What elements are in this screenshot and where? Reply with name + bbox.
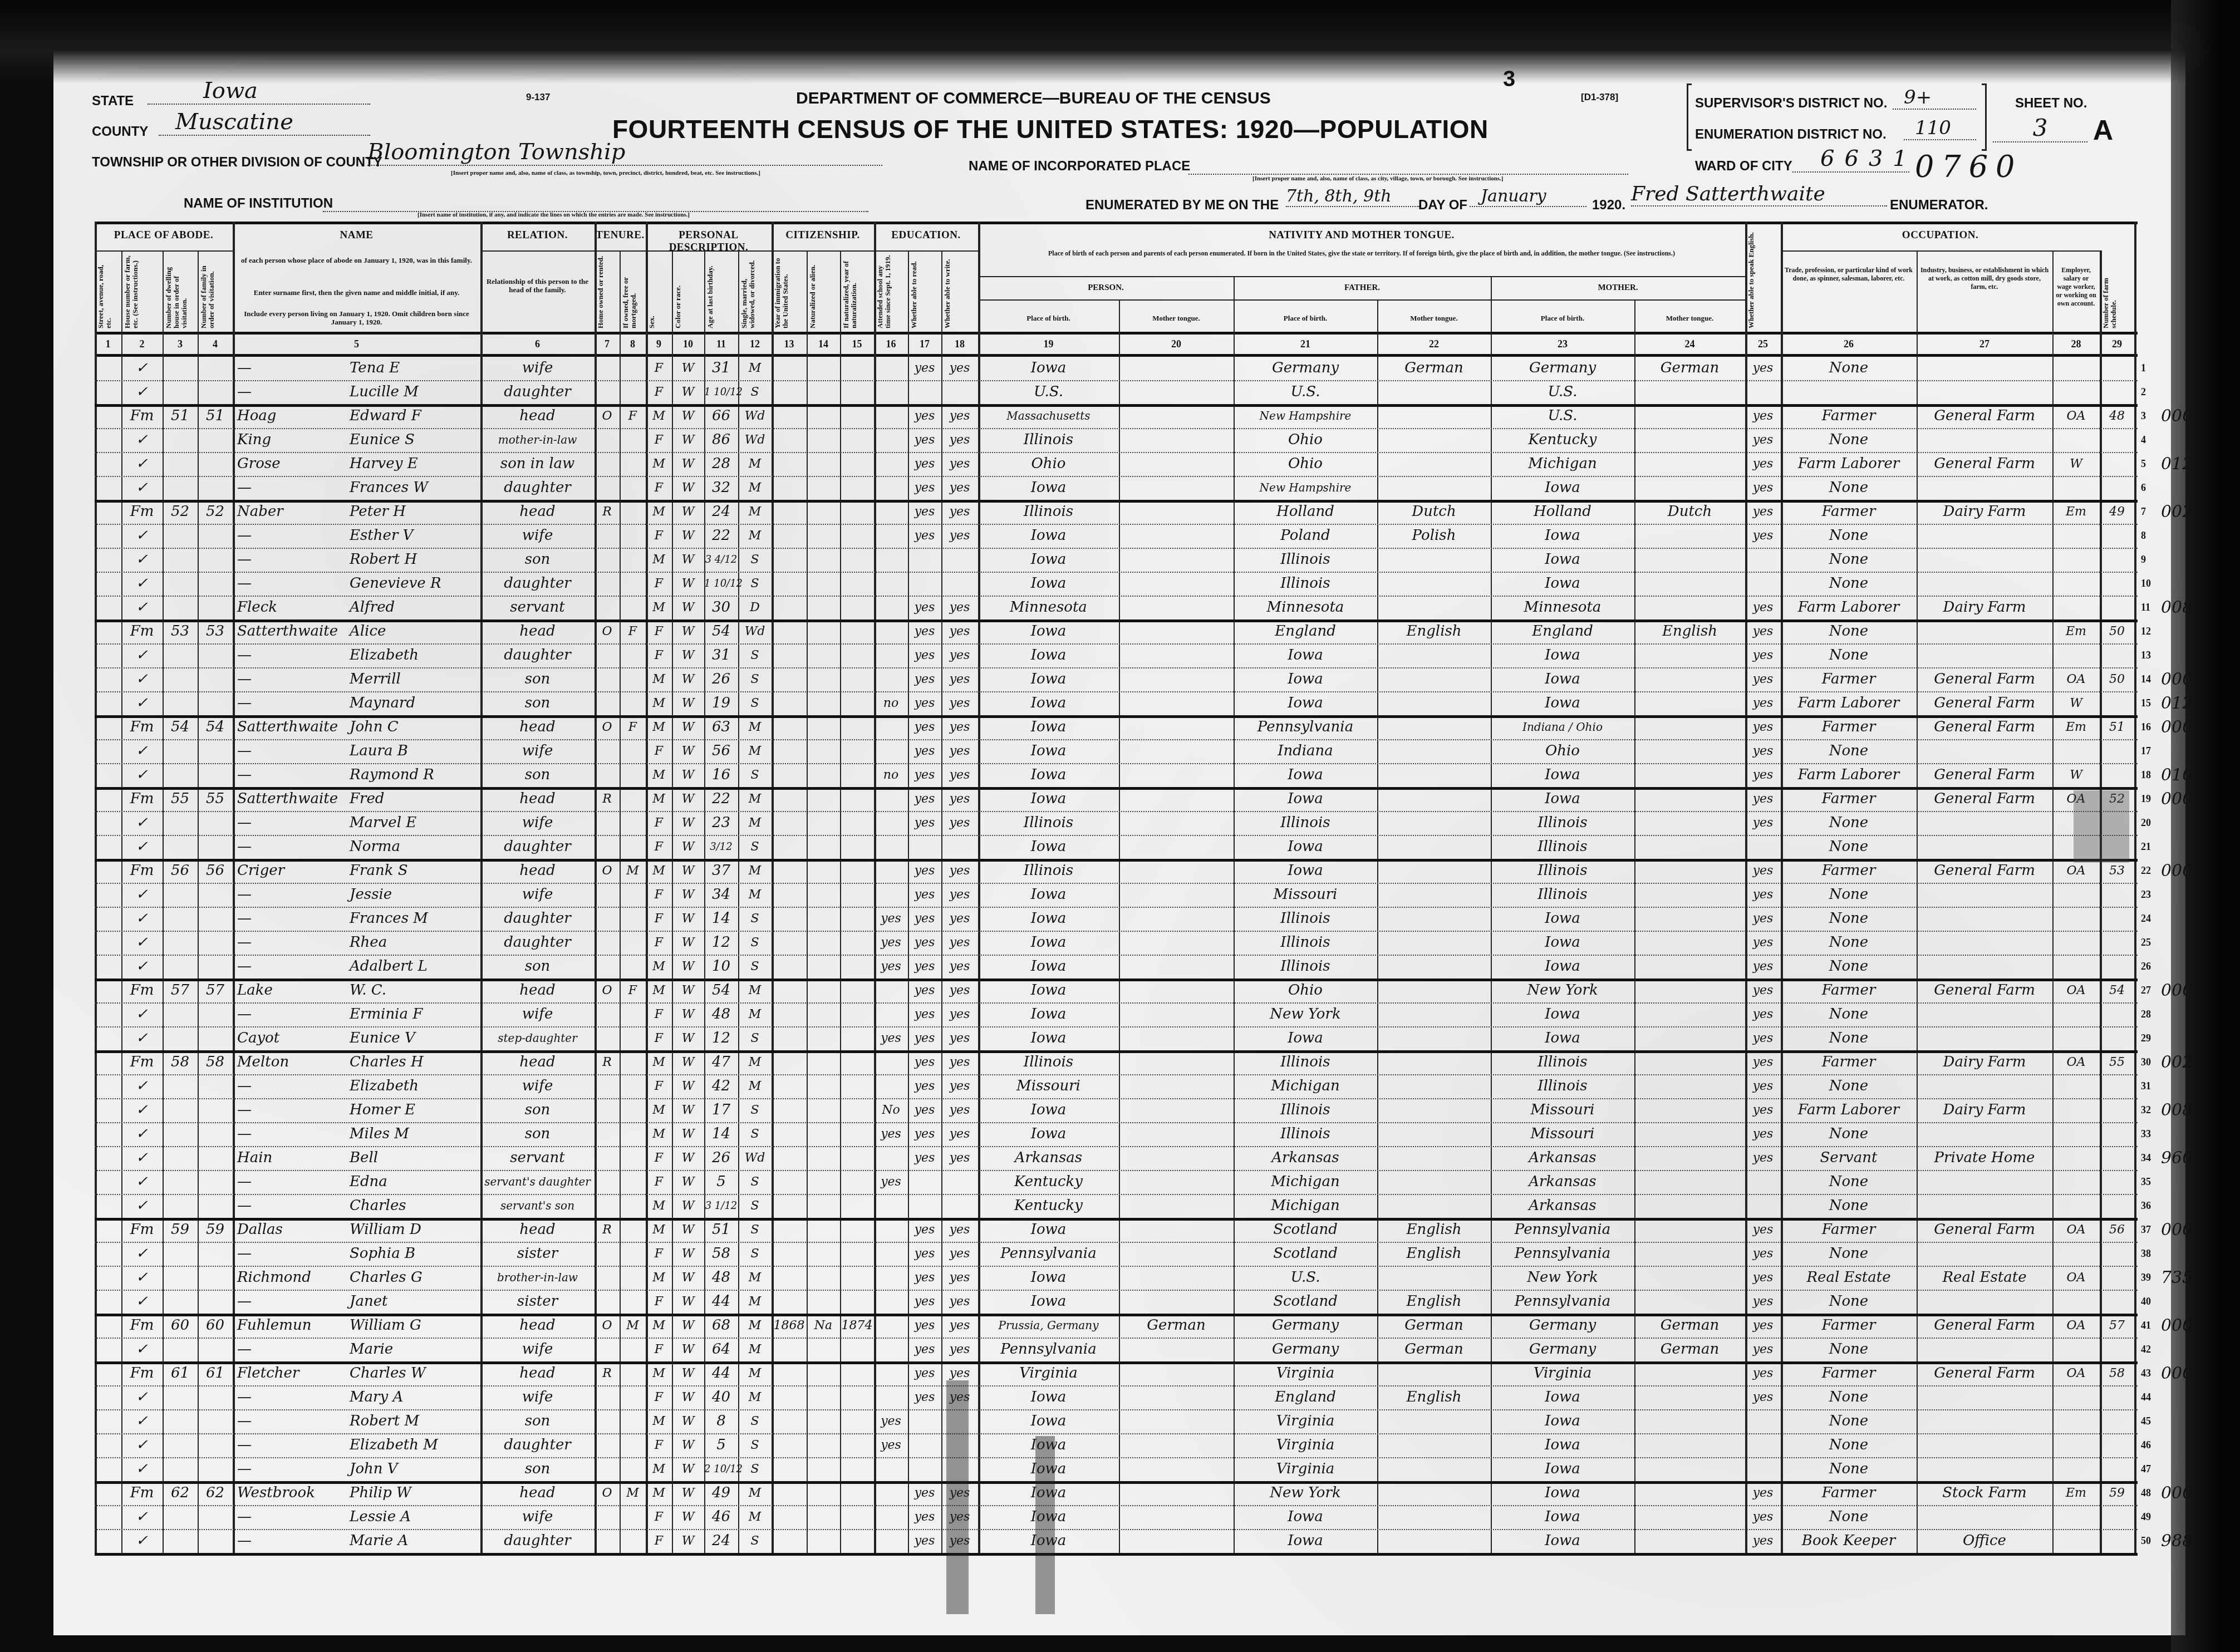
- cell-eng: yes: [1745, 883, 1781, 907]
- occupation-code: 000: [2161, 787, 2193, 811]
- cell-emp: [2052, 955, 2100, 979]
- cell-mt: [1119, 548, 1234, 572]
- cell-nat: [807, 1338, 840, 1361]
- column-number: 22: [1377, 338, 1491, 350]
- cell-fmt: [1377, 763, 1491, 787]
- table-row[interactable]: ✓—Lucille MdaughterFW1 10/12SU.S.U.S.U.S…: [95, 380, 2138, 404]
- table-row[interactable]: ✓—JessiewifeFW34MyesyesIowaMissouriIllin…: [95, 883, 2138, 907]
- cell-nat: [807, 596, 840, 619]
- table-row[interactable]: ✓—Miles MsonMW14SyesyesyesIowaIllinoisMi…: [95, 1122, 2138, 1146]
- cell-ms: S: [738, 1170, 772, 1194]
- cell-own: [595, 931, 620, 955]
- cell-occ: None: [1781, 1409, 1917, 1433]
- cell-house: ✓: [121, 1074, 163, 1098]
- table-row[interactable]: ✓—Laura BwifeFW56MyesyesIowaIndianaOhioy…: [95, 739, 2138, 763]
- cell-imm: [772, 1122, 807, 1146]
- cell-mt: [1119, 476, 1234, 500]
- cell-imm: [772, 1361, 807, 1385]
- enumerated-label: ENUMERATED BY ME ON THE: [1085, 198, 1279, 213]
- cell-write: [941, 380, 978, 404]
- table-row[interactable]: Fm6161FletcherCharles WheadRMW44MyesyesV…: [95, 1361, 2138, 1385]
- enumeration-district-field[interactable]: 110: [1904, 117, 1976, 140]
- cell-mort: [620, 1026, 646, 1050]
- cell-rel: head: [480, 619, 595, 643]
- table-row[interactable]: ✓—ElizabethdaughterFW31SyesyesIowaIowaIo…: [95, 643, 2138, 667]
- cell-imm: [772, 643, 807, 667]
- column-number: 6: [480, 338, 595, 350]
- cell-natyr: [840, 1266, 874, 1290]
- cell-rel: daughter: [480, 907, 595, 931]
- cell-ms: S: [738, 548, 772, 572]
- cell-write: yes: [941, 1242, 978, 1266]
- cell-farm: [2100, 643, 2134, 667]
- cell-farm: [2100, 1457, 2134, 1481]
- cell-read: [908, 1170, 941, 1194]
- table-row[interactable]: ✓—MerrillsonMW26SyesyesIowaIowaIowayesFa…: [95, 667, 2138, 691]
- table-row[interactable]: ✓—John VsonMW2 10/12SIowaVirginiaIowaNon…: [95, 1457, 2138, 1481]
- cell-ms: M: [738, 715, 772, 739]
- cell-eng: yes: [1745, 643, 1781, 667]
- column-number: 21: [1234, 338, 1377, 350]
- cell-imm: [772, 380, 807, 404]
- cell-nat: [807, 667, 840, 691]
- header-divider: [95, 332, 2138, 335]
- column-group-header: EDUCATION.: [874, 229, 978, 242]
- table-row[interactable]: Fm5959DallasWilliam DheadRMW51SyesyesIow…: [95, 1218, 2138, 1242]
- table-row[interactable]: ✓—Tena EwifeFW31MyesyesIowaGermanyGerman…: [95, 356, 2138, 380]
- cell-write: yes: [941, 1074, 978, 1098]
- cell-fpob: Illinois: [1234, 907, 1377, 931]
- cell-school: yes: [874, 907, 908, 931]
- cell-eng: yes: [1745, 859, 1781, 883]
- enumeration-district-label: ENUMERATION DISTRICT NO.: [1695, 127, 1887, 142]
- cell-read: yes: [908, 787, 941, 811]
- cell-race: W: [672, 1098, 704, 1122]
- cell-surname: —: [237, 883, 348, 907]
- table-row[interactable]: ✓—Charlesservant's sonMW3 1/12SKentuckyM…: [95, 1194, 2138, 1218]
- cell-mpob: Iowa: [1491, 548, 1634, 572]
- cell-write: yes: [941, 859, 978, 883]
- cell-natyr: [840, 452, 874, 476]
- cell-mort: [620, 428, 646, 452]
- cell-dwell: 54: [163, 715, 198, 739]
- cell-fmt: [1377, 1433, 1491, 1457]
- table-row[interactable]: ✓—Marie AdaughterFW24SyesyesIowaIowaIowa…: [95, 1529, 2138, 1553]
- sheet-number-field[interactable]: 3: [1993, 114, 2087, 142]
- cell-natyr: [840, 380, 874, 404]
- cell-nat: [807, 1242, 840, 1266]
- place-of-birth-header: Place of birth.: [1491, 314, 1634, 322]
- cell-mpob: Iowa: [1491, 1433, 1634, 1457]
- department-line: DEPARTMENT OF COMMERCE—BUREAU OF THE CEN…: [796, 89, 1271, 108]
- table-row[interactable]: ✓—ElizabethwifeFW42MyesyesMissouriMichig…: [95, 1074, 2138, 1098]
- cell-imm: [772, 1098, 807, 1122]
- group-underline: [978, 276, 1745, 277]
- cell-mmt: [1634, 859, 1745, 883]
- cell-given: Frances W: [350, 476, 478, 500]
- table-row[interactable]: Fm5454SatterthwaiteJohn CheadOFMW63Myesy…: [95, 715, 2138, 739]
- cell-house: ✓: [121, 883, 163, 907]
- cell-read: yes: [908, 715, 941, 739]
- table-row[interactable]: Fm6060FuhlemunWilliam GheadOMMW68M1868Na…: [95, 1314, 2138, 1338]
- supervisor-district-field[interactable]: 9+: [1893, 86, 1976, 110]
- table-row[interactable]: ✓—Esther VwifeFW22MyesyesIowaPolandPolis…: [95, 524, 2138, 548]
- occupation-code: 000: [2161, 1361, 2193, 1385]
- cell-read: yes: [908, 1122, 941, 1146]
- cell-fmt: [1377, 1457, 1491, 1481]
- cell-mort: M: [620, 1481, 646, 1505]
- table-row[interactable]: ✓—Genevieve RdaughterFW1 10/12SIowaIllin…: [95, 572, 2138, 596]
- cell-school: yes: [874, 955, 908, 979]
- cell-write: yes: [941, 1026, 978, 1050]
- month-field[interactable]: January: [1470, 186, 1586, 207]
- cell-ind: [1917, 428, 2052, 452]
- table-row[interactable]: ✓—Raymond RsonMW16SnoyesyesIowaIowaIoway…: [95, 763, 2138, 787]
- cell-dwell: [163, 763, 198, 787]
- table-row[interactable]: ✓—Marvel EwifeFW23MyesyesIllinoisIllinoi…: [95, 811, 2138, 835]
- cell-school: [874, 596, 908, 619]
- cell-read: yes: [908, 979, 941, 1002]
- cell-school: yes: [874, 1122, 908, 1146]
- line-number: 36: [2141, 1194, 2151, 1218]
- state-field[interactable]: Iowa: [148, 78, 370, 105]
- table-row[interactable]: ✓—Elizabeth MdaughterFW5SyesIowaVirginia…: [95, 1433, 2138, 1457]
- cell-ind: General Farm: [1917, 452, 2052, 476]
- cell-pob: Arkansas: [978, 1146, 1119, 1170]
- cell-rel: wife: [480, 739, 595, 763]
- cell-house: ✓: [121, 1385, 163, 1409]
- table-row[interactable]: Fm5555SatterthwaiteFredheadRMW22MyesyesI…: [95, 787, 2138, 811]
- cell-sex: M: [646, 715, 672, 739]
- cell-sex: F: [646, 739, 672, 763]
- cell-fam: [198, 1026, 233, 1050]
- cell-mt: [1119, 1218, 1234, 1242]
- cell-race: W: [672, 715, 704, 739]
- cell-ind: General Farm: [1917, 979, 2052, 1002]
- cell-fmt: [1377, 859, 1491, 883]
- cell-own: O: [595, 1481, 620, 1505]
- cell-occ: Farmer: [1781, 1481, 1917, 1505]
- cell-given: Maynard: [350, 691, 478, 715]
- cell-race: W: [672, 356, 704, 380]
- cell-natyr: [840, 1385, 874, 1409]
- cell-fam: [198, 1409, 233, 1433]
- cell-rel: head: [480, 1361, 595, 1385]
- cell-house: ✓: [121, 356, 163, 380]
- cell-own: [595, 1385, 620, 1409]
- cell-ind: Dairy Farm: [1917, 1098, 2052, 1122]
- cell-age: 5: [704, 1433, 738, 1457]
- line-number: 45: [2141, 1409, 2151, 1433]
- cell-mt: [1119, 500, 1234, 524]
- cell-rel: wife: [480, 1002, 595, 1026]
- ward-field[interactable]: 6631: [1792, 146, 1909, 173]
- cell-mt: [1119, 715, 1234, 739]
- cell-occ: None: [1781, 1194, 1917, 1218]
- enumerator-name-field[interactable]: Fred Satterthwaite: [1631, 183, 1887, 206]
- cell-natyr: 1874: [840, 1314, 874, 1338]
- table-row[interactable]: ✓RichmondCharles Gbrother-in-lawMW48Myes…: [95, 1266, 2138, 1290]
- film-code: 0760: [1915, 149, 2022, 184]
- table-row[interactable]: ✓HainBellservantFW26WdyesyesArkansasArka…: [95, 1146, 2138, 1170]
- cell-mort: [620, 1385, 646, 1409]
- district-bracket-left: [1687, 83, 1692, 151]
- table-row[interactable]: ✓—Frances WdaughterFW32MyesyesIowaNew Ha…: [95, 476, 2138, 500]
- county-label: COUNTY: [92, 124, 148, 140]
- cell-fpob: Poland: [1234, 524, 1377, 548]
- cell-emp: [2052, 1074, 2100, 1098]
- cell-mt: [1119, 596, 1234, 619]
- cell-school: [874, 667, 908, 691]
- township-field[interactable]: Bloomington Township: [367, 139, 882, 166]
- cell-read: [908, 1457, 941, 1481]
- cell-fmt: [1377, 715, 1491, 739]
- cell-dwell: [163, 1409, 198, 1433]
- cell-dwell: [163, 811, 198, 835]
- cell-mmt: [1634, 1242, 1745, 1266]
- cell-ind: Stock Farm: [1917, 1481, 2052, 1505]
- table-row[interactable]: ✓—Erminia FwifeFW48MyesyesIowaNew YorkIo…: [95, 1002, 2138, 1026]
- cell-fam: [198, 811, 233, 835]
- cell-mort: [620, 1361, 646, 1385]
- table-row[interactable]: ✓—Frances MdaughterFW14SyesyesyesIowaIll…: [95, 907, 2138, 931]
- cell-pob: Illinois: [978, 1050, 1119, 1074]
- table-row[interactable]: Fm5151HoagEdward FheadOFMW66WdyesyesMass…: [95, 404, 2138, 428]
- county-field[interactable]: Muscatine: [159, 109, 370, 136]
- line-number: 28: [2141, 1002, 2151, 1026]
- cell-rel: son: [480, 955, 595, 979]
- cell-fam: [198, 548, 233, 572]
- institution-field[interactable]: [323, 192, 868, 212]
- cell-natyr: [840, 715, 874, 739]
- cell-given: Mary A: [350, 1385, 478, 1409]
- cell-age: 54: [704, 619, 738, 643]
- cell-sex: M: [646, 500, 672, 524]
- cell-pob: Iowa: [978, 1218, 1119, 1242]
- cell-school: [874, 1361, 908, 1385]
- table-row[interactable]: ✓FleckAlfredservantMW30DyesyesMinnesotaM…: [95, 596, 2138, 619]
- cell-fam: [198, 1122, 233, 1146]
- cell-occ: None: [1781, 356, 1917, 380]
- table-row[interactable]: ✓—NormadaughterFW3/12SIowaIowaIllinoisNo…: [95, 835, 2138, 859]
- cell-occ: None: [1781, 1457, 1917, 1481]
- column-number: 28: [2052, 338, 2100, 350]
- cell-occ: Farm Laborer: [1781, 596, 1917, 619]
- cell-fpob: Missouri: [1234, 883, 1377, 907]
- cell-dwell: [163, 835, 198, 859]
- table-row[interactable]: Fm5353SatterthwaiteAliceheadOFFW54Wdyesy…: [95, 619, 2138, 643]
- cell-own: R: [595, 787, 620, 811]
- table-row[interactable]: Fm5656CrigerFrank SheadOMMW37MyesyesIlli…: [95, 859, 2138, 883]
- cell-own: [595, 380, 620, 404]
- cell-farm: 48: [2100, 404, 2134, 428]
- cell-nat: [807, 1050, 840, 1074]
- cell-mmt: [1634, 931, 1745, 955]
- cell-nat: [807, 1266, 840, 1290]
- table-row[interactable]: ✓—Sophia BsisterFW58SyesyesPennsylvaniaS…: [95, 1242, 2138, 1266]
- cell-fam: 62: [198, 1481, 233, 1505]
- cell-ind: Dairy Farm: [1917, 596, 2052, 619]
- year-label: 1920.: [1592, 198, 1625, 213]
- cell-age: 19: [704, 691, 738, 715]
- incorporated-place-field[interactable]: [1188, 155, 1628, 175]
- cell-fpob: New York: [1234, 1481, 1377, 1505]
- cell-natyr: [840, 1026, 874, 1050]
- cell-pob: Iowa: [978, 356, 1119, 380]
- cell-race: W: [672, 1050, 704, 1074]
- cell-mort: [620, 1098, 646, 1122]
- cell-school: [874, 1002, 908, 1026]
- cell-nat: [807, 643, 840, 667]
- cell-surname: —: [237, 739, 348, 763]
- cell-mort: [620, 572, 646, 596]
- cell-fam: [198, 1433, 233, 1457]
- cell-mort: F: [620, 979, 646, 1002]
- cell-given: Charles: [350, 1194, 478, 1218]
- table-row[interactable]: ✓—Mary AwifeFW40MyesyesIowaEnglandEnglis…: [95, 1385, 2138, 1409]
- cell-emp: [2052, 572, 2100, 596]
- cell-rel: son: [480, 1457, 595, 1481]
- cell-ind: [1917, 1505, 2052, 1529]
- table-row[interactable]: ✓—MariewifeFW64MyesyesPennsylvaniaGerman…: [95, 1338, 2138, 1361]
- cell-given: Peter H: [350, 500, 478, 524]
- cell-fpob: Illinois: [1234, 548, 1377, 572]
- column-number: 23: [1491, 338, 1634, 350]
- cell-mpob: Arkansas: [1491, 1146, 1634, 1170]
- cell-write: yes: [941, 1098, 978, 1122]
- cell-mort: [620, 524, 646, 548]
- table-row[interactable]: Fm5757LakeW. C.headOFMW54MyesyesIowaOhio…: [95, 979, 2138, 1002]
- table-row[interactable]: ✓—Ednaservant's daughterFW5SyesKentuckyM…: [95, 1170, 2138, 1194]
- cell-nat: [807, 1074, 840, 1098]
- cell-ms: S: [738, 691, 772, 715]
- cell-ms: M: [738, 811, 772, 835]
- cell-sex: F: [646, 1338, 672, 1361]
- column-number: 11: [704, 338, 738, 350]
- cell-fam: [198, 1002, 233, 1026]
- column-group-header: OCCUPATION.: [1781, 229, 2100, 242]
- cell-fpob: U.S.: [1234, 380, 1377, 404]
- cell-natyr: [840, 1433, 874, 1457]
- cell-ind: [1917, 1194, 2052, 1218]
- cell-mmt: [1634, 1361, 1745, 1385]
- table-row[interactable]: ✓CayotEunice Vstep-daughterFW12Syesyesye…: [95, 1026, 2138, 1050]
- cell-natyr: [840, 1505, 874, 1529]
- cell-house: ✓: [121, 1098, 163, 1122]
- cell-natyr: [840, 1146, 874, 1170]
- cell-mt: [1119, 1242, 1234, 1266]
- cell-given: Homer E: [350, 1098, 478, 1122]
- table-row[interactable]: Fm5858MeltonCharles HheadRMW47MyesyesIll…: [95, 1050, 2138, 1074]
- cell-surname: Fuhlemun: [237, 1314, 348, 1338]
- cell-ms: S: [738, 643, 772, 667]
- line-number: 32: [2141, 1098, 2151, 1122]
- cell-mmt: [1634, 1457, 1745, 1481]
- enumerated-days-field[interactable]: 7th, 8th, 9th: [1286, 186, 1419, 207]
- cell-race: W: [672, 548, 704, 572]
- cell-farm: [2100, 907, 2134, 931]
- cell-nat: [807, 1433, 840, 1457]
- cell-surname: —: [237, 763, 348, 787]
- cell-occ: Farmer: [1781, 979, 1917, 1002]
- enumerator-label: ENUMERATOR.: [1890, 198, 1988, 213]
- table-row[interactable]: ✓—Homer EsonMW17SNoyesyesIowaIllinoisMis…: [95, 1098, 2138, 1122]
- column-number: 8: [620, 338, 646, 350]
- table-row[interactable]: Fm5252NaberPeter HheadRMW24MyesyesIllino…: [95, 500, 2138, 524]
- cell-age: 58: [704, 1242, 738, 1266]
- cell-imm: [772, 428, 807, 452]
- cell-ms: S: [738, 931, 772, 955]
- cell-age: 32: [704, 476, 738, 500]
- table-row[interactable]: ✓—Robert MsonMW8SyesIowaVirginiaIowaNone…: [95, 1409, 2138, 1433]
- cell-dwell: 62: [163, 1481, 198, 1505]
- cell-age: 17: [704, 1098, 738, 1122]
- nativity-mother-header: MOTHER.: [1491, 284, 1745, 292]
- cell-race: W: [672, 452, 704, 476]
- cell-fmt: [1377, 1194, 1491, 1218]
- cell-age: 44: [704, 1290, 738, 1314]
- table-row[interactable]: Fm6262WestbrookPhilip WheadOMMW49Myesyes…: [95, 1481, 2138, 1505]
- cell-ms: M: [738, 476, 772, 500]
- cell-ind: General Farm: [1917, 1314, 2052, 1338]
- table-row[interactable]: ✓—RheadaughterFW12SyesyesyesIowaIllinois…: [95, 931, 2138, 955]
- line-number: 47: [2141, 1457, 2151, 1481]
- cell-mmt: [1634, 1481, 1745, 1505]
- cell-read: yes: [908, 1002, 941, 1026]
- cell-ms: M: [738, 1290, 772, 1314]
- line-number: 10: [2141, 572, 2151, 596]
- cell-read: yes: [908, 1290, 941, 1314]
- cell-surname: —: [237, 643, 348, 667]
- table-row[interactable]: ✓GroseHarvey Eson in lawMW28MyesyesOhioO…: [95, 452, 2138, 476]
- table-row[interactable]: ✓—Lessie AwifeFW46MyesyesIowaIowaIowayes…: [95, 1505, 2138, 1529]
- cell-mt: [1119, 691, 1234, 715]
- cell-occ: None: [1781, 1170, 1917, 1194]
- cell-house: ✓: [121, 1026, 163, 1050]
- cell-imm: [772, 667, 807, 691]
- table-row[interactable]: ✓—MaynardsonMW19SnoyesyesIowaIowaIowayes…: [95, 691, 2138, 715]
- cell-natyr: [840, 1050, 874, 1074]
- cell-given: William G: [350, 1314, 478, 1338]
- cell-pob: Iowa: [978, 1122, 1119, 1146]
- cell-school: [874, 500, 908, 524]
- cell-farm: [2100, 524, 2134, 548]
- cell-age: 1 10/12: [704, 572, 738, 596]
- cell-occ: Farmer: [1781, 859, 1917, 883]
- cell-mpob: Indiana / Ohio: [1491, 715, 1634, 739]
- cell-school: yes: [874, 1409, 908, 1433]
- cell-nat: [807, 452, 840, 476]
- cell-ind: [1917, 1170, 2052, 1194]
- cell-ind: General Farm: [1917, 715, 2052, 739]
- cell-dwell: [163, 452, 198, 476]
- cell-house: Fm: [121, 404, 163, 428]
- cell-mort: [620, 596, 646, 619]
- line-number: 22: [2141, 859, 2151, 883]
- table-row[interactable]: ✓—Adalbert LsonMW10SyesyesyesIowaIllinoi…: [95, 955, 2138, 979]
- cell-farm: 55: [2100, 1050, 2134, 1074]
- table-row[interactable]: ✓KingEunice Smother-in-lawFW86WdyesyesIl…: [95, 428, 2138, 452]
- cell-age: 22: [704, 787, 738, 811]
- cell-mpob: Illinois: [1491, 859, 1634, 883]
- cell-mt: [1119, 404, 1234, 428]
- cell-ms: S: [738, 955, 772, 979]
- cell-mt: [1119, 1194, 1234, 1218]
- table-row[interactable]: ✓—JanetsisterFW44MyesyesIowaScotlandEngl…: [95, 1290, 2138, 1314]
- cell-imm: [772, 1050, 807, 1074]
- cell-fmt: English: [1377, 1385, 1491, 1409]
- table-row[interactable]: ✓—Robert HsonMW3 4/12SIowaIllinoisIowaNo…: [95, 548, 2138, 572]
